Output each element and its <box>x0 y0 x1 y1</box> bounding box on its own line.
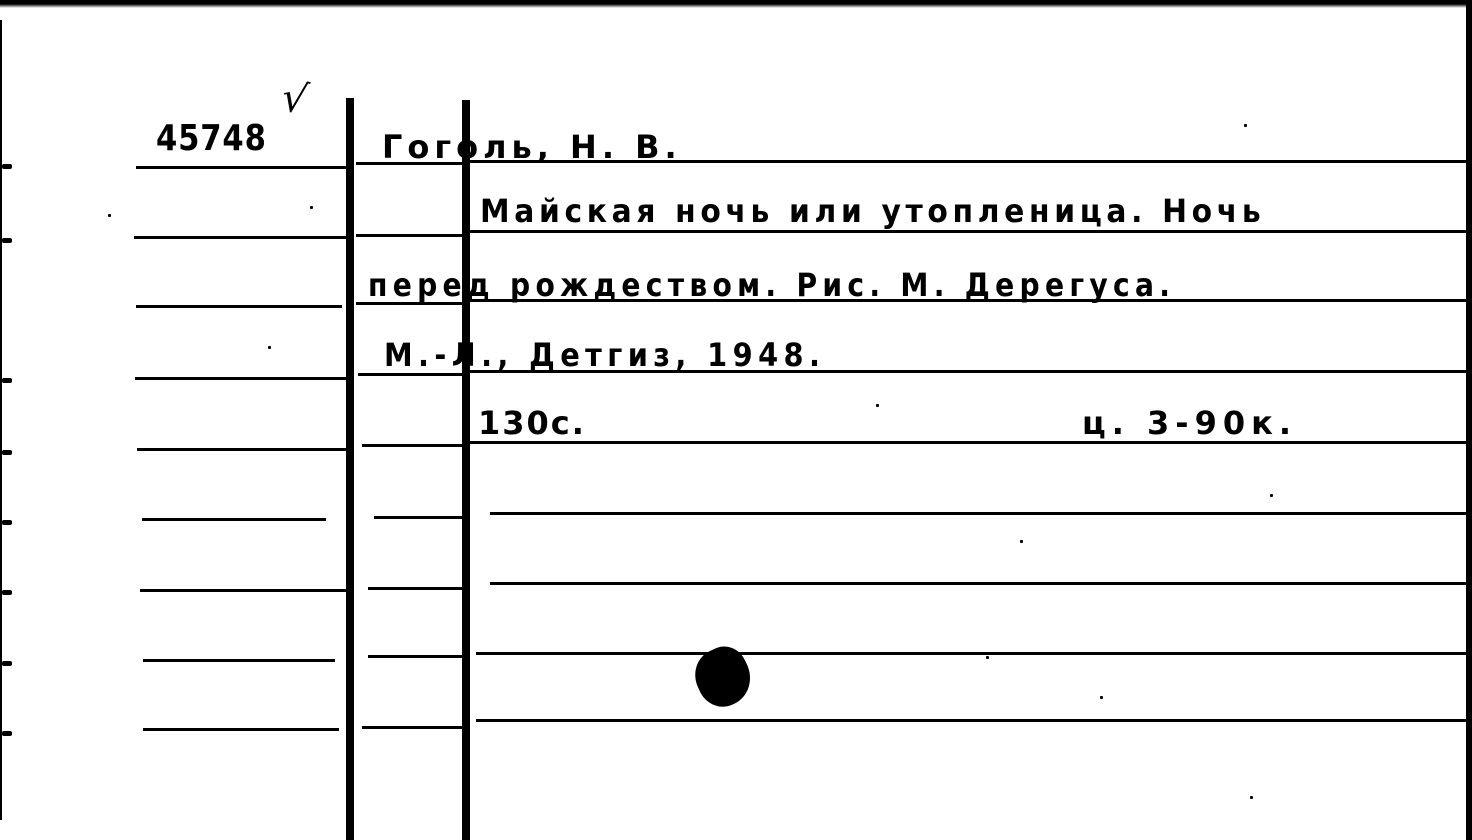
edge-mark <box>2 238 12 243</box>
price: ц. 3-90к. <box>1082 404 1297 442</box>
pagination: 130с. <box>478 404 586 442</box>
edge-mark <box>2 590 12 595</box>
card-right-edge <box>1466 0 1472 840</box>
speck <box>108 214 111 217</box>
check-mark: √ <box>278 74 311 124</box>
rule-left <box>140 589 349 592</box>
speck <box>1244 124 1247 127</box>
speck <box>1020 540 1023 543</box>
edge-mark <box>2 378 12 383</box>
ink-blot <box>686 639 759 714</box>
speck <box>310 206 313 209</box>
rule-main <box>476 719 1466 722</box>
edge-mark <box>2 661 12 666</box>
card-left-edge <box>0 20 2 820</box>
speck <box>876 404 879 407</box>
speck <box>1270 494 1273 497</box>
rule-left <box>137 448 346 451</box>
rule-main <box>470 230 1466 233</box>
rule-middle <box>362 726 462 729</box>
rule-middle <box>368 587 462 590</box>
rule-main <box>476 652 1466 655</box>
rule-main <box>490 582 1466 585</box>
edge-mark <box>2 164 12 169</box>
edge-mark <box>2 450 12 455</box>
edge-mark <box>2 520 12 525</box>
column-divider-left <box>346 98 354 840</box>
card-top-edge <box>0 0 1472 8</box>
author-heading: Гоголь, Н. В. <box>382 128 682 166</box>
rule-left <box>143 728 339 731</box>
rule-left <box>134 236 346 239</box>
rule-left <box>142 518 326 521</box>
rule-left <box>143 659 335 662</box>
rule-left <box>136 305 342 308</box>
catalog-card: 45748 √ Гоголь, Н. В. Майская ночь или у… <box>0 0 1472 840</box>
rule-main <box>470 441 1466 444</box>
rule-middle <box>368 655 462 658</box>
rule-main <box>490 512 1466 515</box>
title-line-1: Майская ночь или утопленица. Ночь <box>480 192 1265 230</box>
title-line-2: перед рождеством. Рис. М. Дерегуса. <box>368 266 1175 304</box>
speck <box>986 656 989 659</box>
rule-middle <box>374 516 462 519</box>
edge-mark <box>2 731 12 736</box>
speck <box>1100 696 1103 699</box>
rule-left <box>135 377 346 380</box>
call-number: 45748 <box>156 118 267 159</box>
rule-middle <box>362 444 462 447</box>
column-divider-right <box>462 100 470 840</box>
speck <box>1250 796 1253 799</box>
imprint-line: М.-Л., Детгиз, 1948. <box>384 336 825 374</box>
rule-left <box>136 166 346 169</box>
speck <box>268 346 271 349</box>
rule-middle <box>356 234 462 237</box>
